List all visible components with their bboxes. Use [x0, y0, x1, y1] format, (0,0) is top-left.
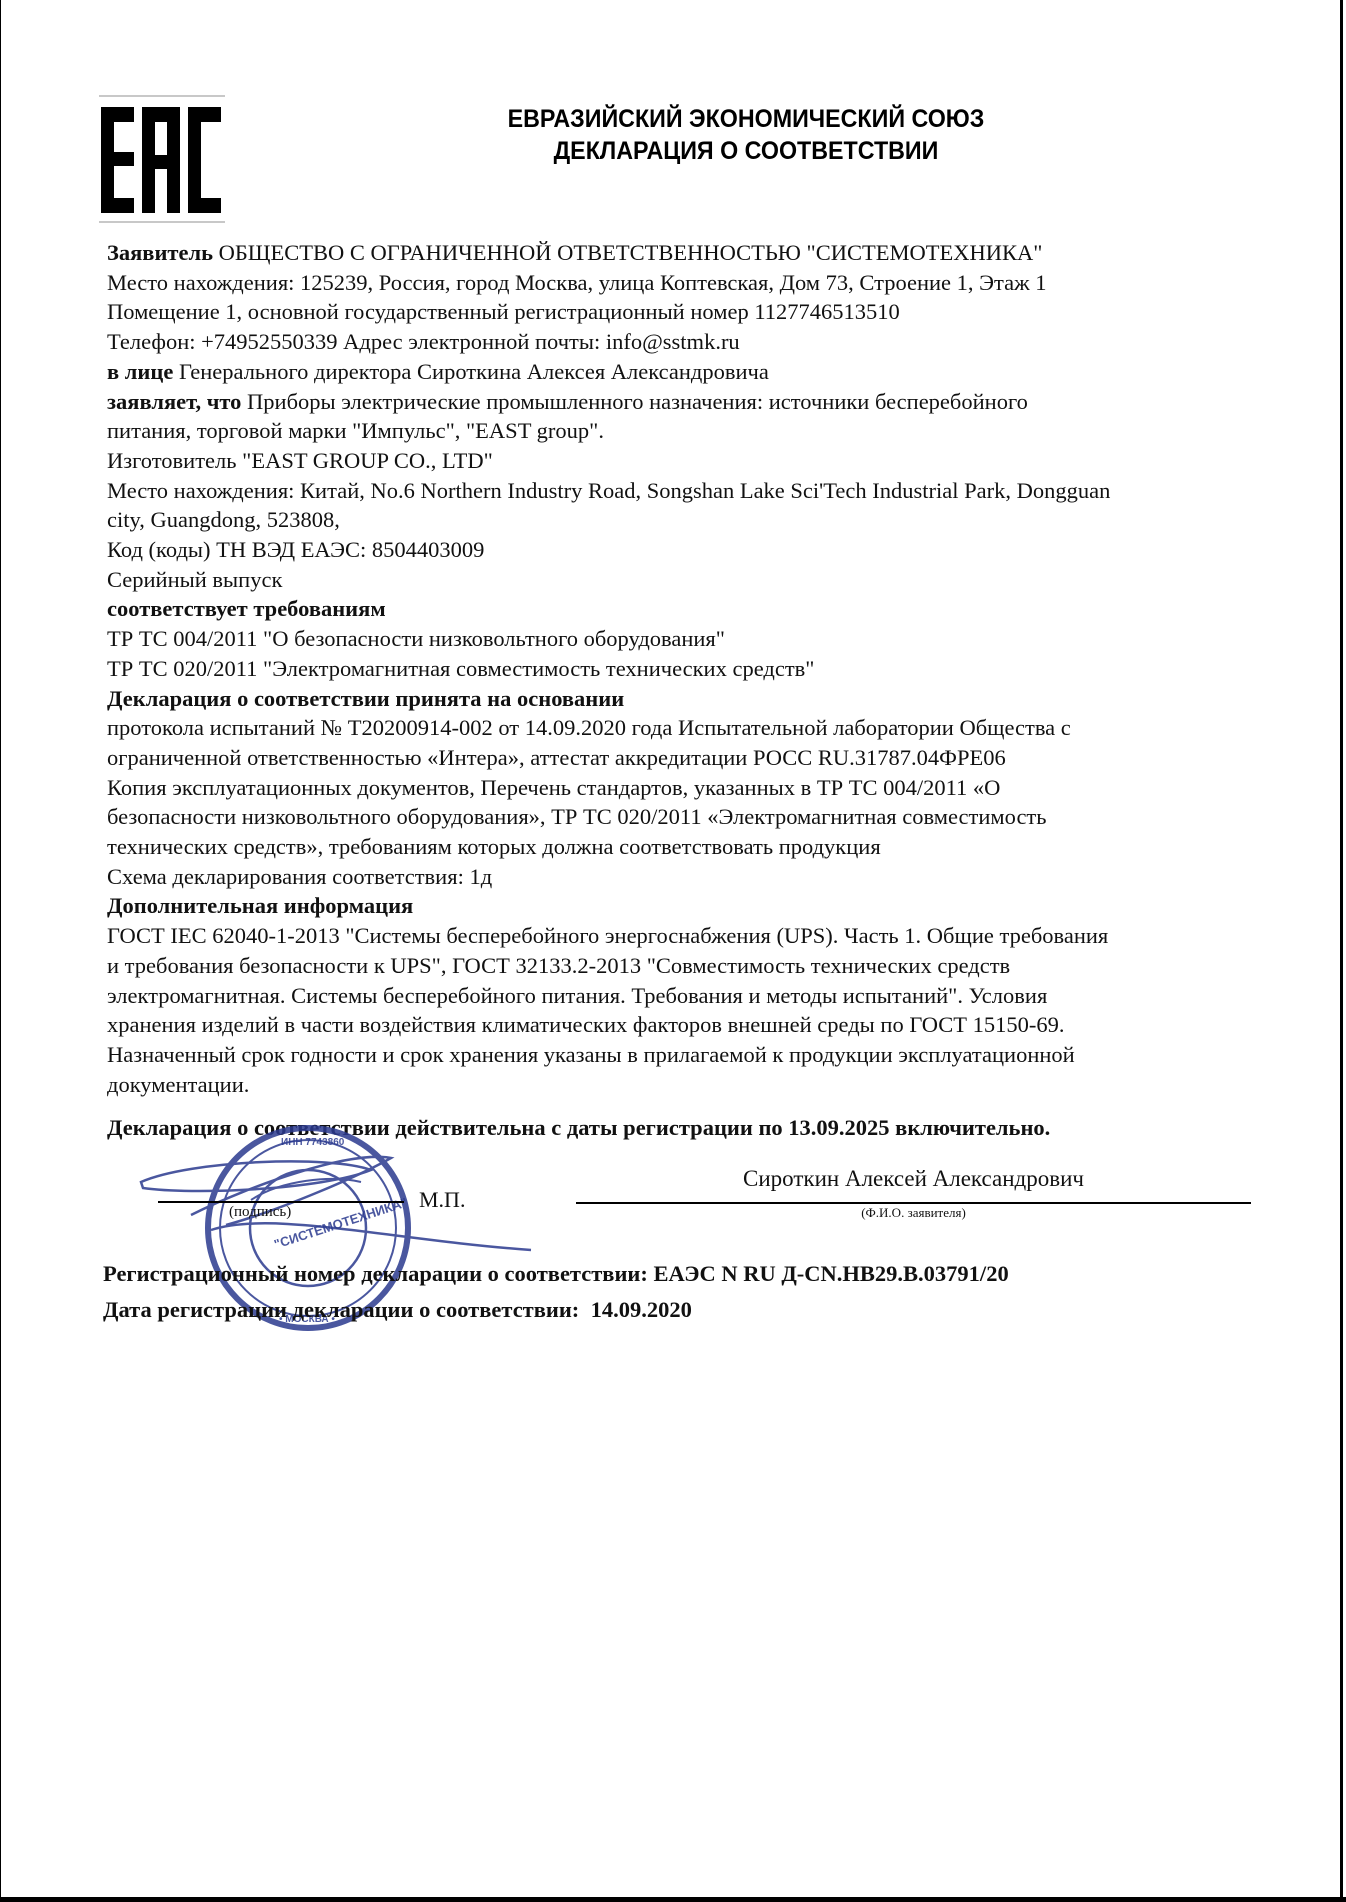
additional-line: и требования безопасности к UPS", ГОСТ 3…	[107, 951, 1257, 981]
declares-line: заявляет, что Приборы электрические пром…	[107, 387, 1257, 417]
applicant-label: Заявитель	[107, 240, 213, 265]
union-title: ЕВРАЗИЙСКИЙ ЭКОНОМИЧЕСКИЙ СОЮЗ	[407, 103, 1086, 135]
applicant-address-2: Помещение 1, основной государственный ре…	[107, 297, 1257, 327]
logo-bottom-rule	[99, 221, 225, 223]
requirements-heading-text: соответствует требованиям	[107, 596, 386, 621]
represented-line: в лице Генерального директора Сироткина …	[107, 357, 1257, 387]
manufacturer-name: Изготовитель "EAST GROUP CO., LTD"	[107, 446, 1257, 476]
declaration-body: Заявитель ОБЩЕСТВО С ОГРАНИЧЕННОЙ ОТВЕТС…	[107, 238, 1257, 1143]
signature-line	[158, 1201, 404, 1203]
registration-block: Регистрационный номер декларации о соотв…	[103, 1256, 1009, 1328]
additional-line: хранения изделий в части воздействия кли…	[107, 1010, 1257, 1040]
manufacturer-address-2: city, Guangdong, 523808,	[107, 505, 1257, 535]
eac-logo	[99, 95, 225, 223]
applicant-name: ОБЩЕСТВО С ОГРАНИЧЕННОЙ ОТВЕТСТВЕННОСТЬЮ…	[213, 240, 1042, 265]
basis-line: безопасности низковольтного оборудования…	[107, 802, 1257, 832]
tn-ved-code: Код (коды) ТН ВЭД ЕАЭС: 8504403009	[107, 535, 1257, 565]
registration-number-line: Регистрационный номер декларации о соотв…	[103, 1256, 1009, 1292]
registration-number: ЕАЭС N RU Д-CN.НВ29.В.03791/20	[654, 1261, 1009, 1286]
registration-date-label: Дата регистрации декларации о соответств…	[103, 1297, 591, 1322]
document-title: ДЕКЛАРАЦИЯ О СООТВЕТСТВИИ	[407, 135, 1086, 167]
represented-label: в лице	[107, 359, 173, 384]
document-page: ЕВРАЗИЙСКИЙ ЭКОНОМИЧЕСКИЙ СОЮЗ ДЕКЛАРАЦИ…	[0, 0, 1343, 1897]
requirement-item: ТР ТС 004/2011 "О безопасности низковоль…	[107, 624, 1257, 654]
declares-label: заявляет, что	[107, 389, 241, 414]
basis-line: ограниченной ответственностью «Интера», …	[107, 743, 1257, 773]
signer-name-line	[576, 1202, 1251, 1204]
requirement-item: ТР ТС 020/2011 "Электромагнитная совмест…	[107, 654, 1257, 684]
signature-caption: (подпись)	[229, 1204, 291, 1221]
declaration-scheme: Схема декларирования соответствия: 1д	[107, 862, 1257, 892]
basis-line: протокола испытаний № Т20200914-002 от 1…	[107, 713, 1257, 743]
additional-line: документации.	[107, 1070, 1257, 1100]
basis-line: технических средств», требованиям которы…	[107, 832, 1257, 862]
additional-heading: Дополнительная информация	[107, 891, 1257, 921]
applicant-address-1: Место нахождения: 125239, Россия, город …	[107, 268, 1257, 298]
page-bottom-border	[0, 1897, 1346, 1902]
additional-line: Назначенный срок годности и срок хранени…	[107, 1040, 1257, 1070]
declares-product-cont: питания, торговой марки "Импульс", "EAST…	[107, 416, 1257, 446]
applicant-line: Заявитель ОБЩЕСТВО С ОГРАНИЧЕННОЙ ОТВЕТС…	[107, 238, 1257, 268]
applicant-contacts: Телефон: +74952550339 Адрес электронной …	[107, 327, 1257, 357]
registration-date-line: Дата регистрации декларации о соответств…	[103, 1292, 1009, 1328]
registration-number-label: Регистрационный номер декларации о соотв…	[103, 1261, 654, 1286]
requirements-heading: соответствует требованиям	[107, 594, 1257, 624]
additional-line: электромагнитная. Системы бесперебойного…	[107, 981, 1257, 1011]
additional-heading-text: Дополнительная информация	[107, 893, 413, 918]
basis-heading-text: Декларация о соответствии принята на осн…	[107, 686, 624, 711]
svg-text:ИНН 7743860: ИНН 7743860	[281, 1137, 345, 1148]
basis-heading: Декларация о соответствии принята на осн…	[107, 684, 1257, 714]
basis-line: Копия эксплуатационных документов, Переч…	[107, 773, 1257, 803]
signer-caption: (Ф.И.О. заявителя)	[576, 1205, 1251, 1221]
manufacturer-address-1: Место нахождения: Китай, No.6 Northern I…	[107, 476, 1257, 506]
eac-mark-icon	[99, 105, 225, 217]
document-header: ЕВРАЗИЙСКИЙ ЭКОНОМИЧЕСКИЙ СОЮЗ ДЕКЛАРАЦИ…	[407, 103, 1086, 167]
additional-line: ГОСТ IEC 62040-1-2013 "Системы бесперебо…	[107, 921, 1257, 951]
represented-by: Генерального директора Сироткина Алексея…	[173, 359, 769, 384]
declares-product: Приборы электрические промышленного назн…	[241, 389, 1027, 414]
registration-date: 14.09.2020	[591, 1297, 692, 1322]
signer-name: Сироткин Алексей Александрович	[576, 1166, 1251, 1192]
stamp-place-label: М.П.	[419, 1187, 465, 1213]
production-type: Серийный выпуск	[107, 565, 1257, 595]
logo-top-rule	[99, 95, 225, 97]
